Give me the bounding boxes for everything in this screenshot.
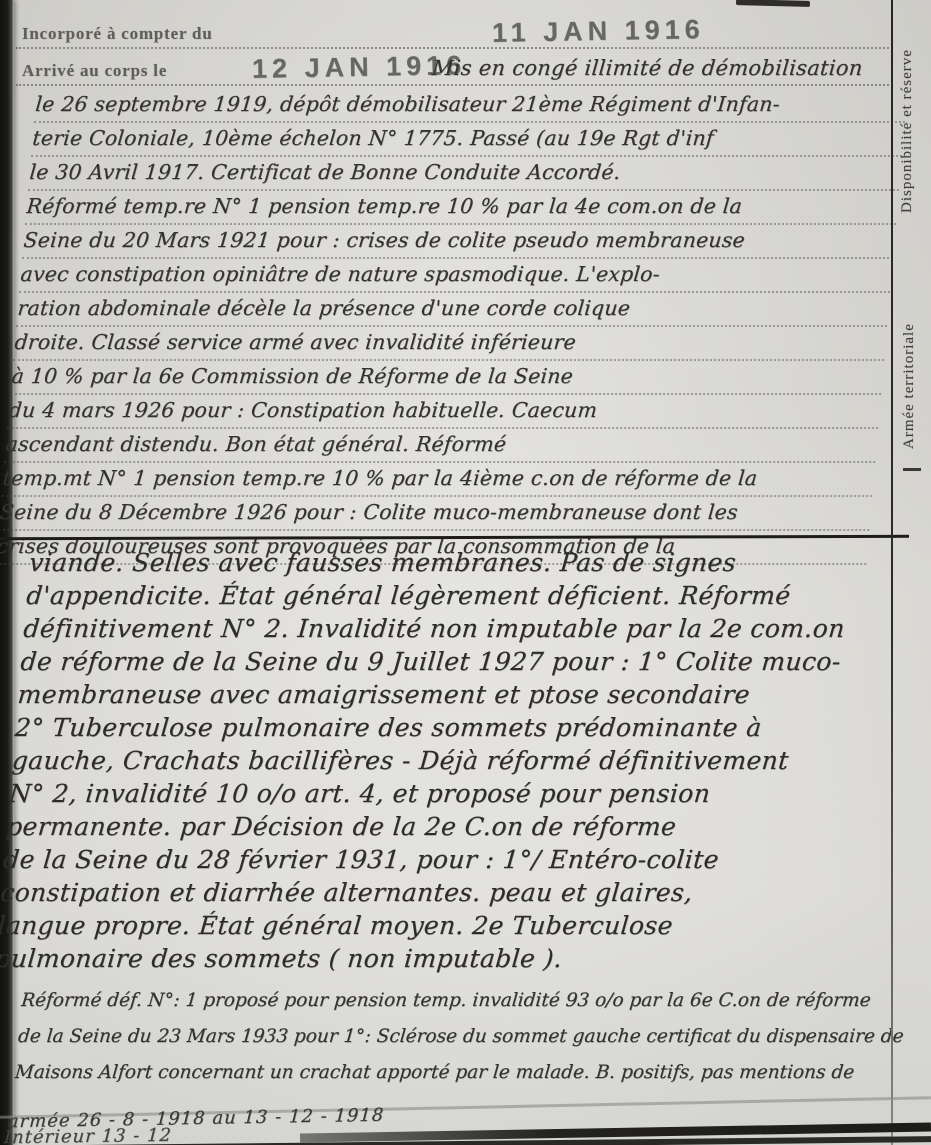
margin-label-disponibilite: Disponibilité et réserve: [899, 18, 916, 213]
handwritten-line: avec constipation opiniâtre de nature sp…: [19, 259, 893, 293]
handwritten-line: permanente. par Décision de la 2e C.on d…: [5, 810, 899, 843]
handwritten-line: 2° Tuberculose pulmonaire des sommets pr…: [13, 711, 907, 744]
handwritten-line: N° 2, invalidité 10 o/o art. 4, et propo…: [8, 777, 902, 810]
military-record-page: Incorporé à compter du 11 JAN 1916 Arriv…: [0, 0, 931, 1145]
handwritten-line: ascendant distendu. Bon état général. Ré…: [4, 429, 878, 463]
handwritten-demobilisation-note: Mis en congé illimité de démobilisation: [431, 56, 864, 80]
top-ink-mark: [736, 0, 810, 7]
dotted-leader: [16, 84, 889, 86]
dotted-leader: [16, 47, 889, 49]
handwritten-line: du 4 mars 1926 pour : Constipation habit…: [7, 395, 881, 429]
handwritten-line: Réformé temp.re N° 1 pension temp.re 10 …: [25, 191, 899, 225]
handwritten-line: définitivement N° 2. Invalidité non impu…: [22, 612, 916, 645]
incorporation-date-stamp: 11 JAN 1916: [492, 14, 705, 49]
handwriting-block-upper: le 26 septembre 1919, dépôt démobilisate…: [0, 89, 908, 565]
handwritten-line: Seine du 20 Mars 1921 pour : crises de c…: [22, 225, 896, 259]
handwritten-line: d'appendicite. État général légèrement d…: [25, 579, 919, 612]
handwriting-block-lower: Réformé déf. N°: 1 proposé pour pension …: [13, 983, 917, 1091]
handwritten-line: de réforme de la Seine du 9 Juillet 1927…: [19, 645, 913, 678]
margin-vertical-rule: [891, 0, 893, 1145]
handwritten-line: terie Coloniale, 10ème échelon N° 1775. …: [31, 123, 905, 157]
handwritten-line: de la Seine du 28 février 1931, pour : 1…: [2, 843, 896, 876]
arrival-label: Arrivé au corps le: [22, 61, 167, 81]
handwritten-line: membraneuse avec amaigrissement et ptose…: [16, 678, 910, 711]
handwritten-line: ration abdominale décèle la présence d'u…: [16, 293, 890, 327]
partial-bottom-line: Intérieur 13 - 12: [3, 1125, 172, 1145]
handwritten-line: Maisons Alfort concernant un crachat app…: [13, 1055, 911, 1091]
handwritten-line: de la Seine du 23 Mars 1933 pour 1°: Scl…: [16, 1019, 914, 1055]
handwritten-line: Réformé déf. N°: 1 proposé pour pension …: [20, 983, 918, 1019]
handwritten-line: le 30 Avril 1917. Certificat de Bonne Co…: [28, 157, 902, 191]
handwritten-line: le 26 septembre 1919, dépôt démobilisate…: [34, 89, 908, 123]
handwritten-line: viande. Selles avec fausses membranes. P…: [28, 546, 922, 579]
handwritten-line: langue propre. État général moyen. 2e Tu…: [0, 909, 890, 942]
handwritten-line: à 10 % par la 6e Commission de Réforme d…: [10, 361, 884, 395]
handwritten-line: droite. Classé service armé avec invalid…: [13, 327, 887, 361]
handwritten-line: constipation et diarrhée alternantes. pe…: [0, 876, 893, 909]
incorporation-label: Incorporé à compter du: [22, 24, 213, 44]
handwritten-line: gauche, Crachats bacillifères - Déjà réf…: [11, 744, 905, 777]
margin-tick-mark: [903, 468, 921, 471]
handwritten-line: Seine du 8 Décembre 1926 pour : Colite m…: [0, 497, 872, 531]
margin-label-armee-territoriale: Armée territoriale: [901, 224, 918, 449]
handwritten-line: pulmonaire des sommets ( non imputable )…: [0, 942, 887, 975]
handwritten-line: temp.mt N° 1 pension temp.re 10 % par la…: [1, 463, 875, 497]
handwriting-block-middle: viande. Selles avec fausses membranes. P…: [0, 546, 922, 975]
